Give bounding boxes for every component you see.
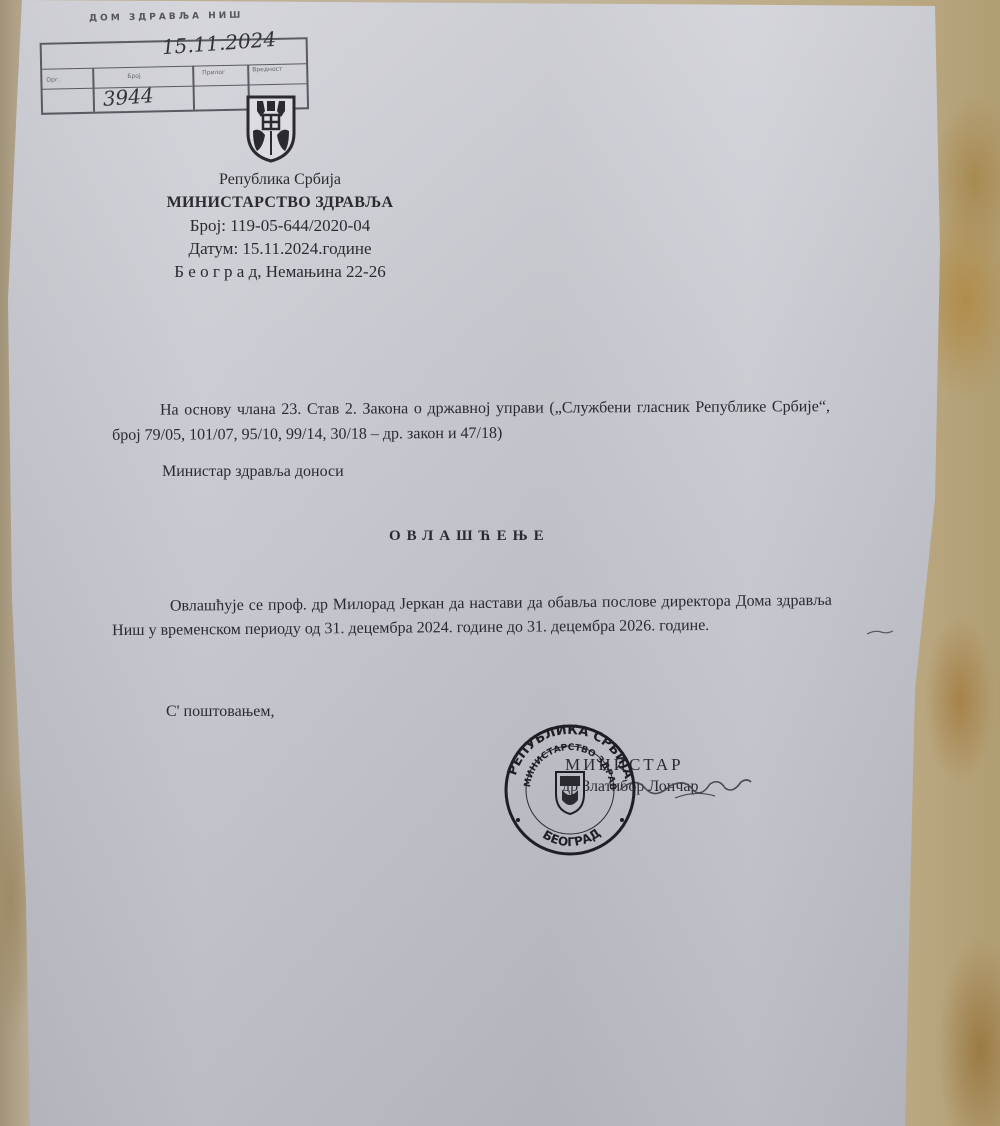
coat-of-arms-icon bbox=[245, 95, 297, 163]
official-seal-icon: РЕПУБЛИКА СРБИЈА МИНИСТАРСТВО ЗДРАВЉА БЕ… bbox=[500, 720, 640, 860]
stamp-col-label: Вредност bbox=[252, 66, 282, 74]
date-value: 15.11.2024.године bbox=[242, 239, 371, 258]
letterhead-ministry: МИНИСТАРСТВО ЗДРАВЉА bbox=[130, 191, 430, 214]
stamp-handwritten-number: 3944 bbox=[102, 83, 155, 111]
number-value: 119-05-644/2020-04 bbox=[230, 216, 370, 235]
pen-mark-icon bbox=[865, 628, 895, 636]
seal-bottom-text: БЕОГРАД bbox=[540, 826, 603, 850]
closing-salutation: С' поштовањем, bbox=[166, 703, 274, 721]
date-label: Датум: bbox=[189, 239, 239, 258]
stamp-col-label: Орг. bbox=[46, 76, 60, 83]
receiving-stamp-header: ДОМ ЗДРАВЉА НИШ bbox=[89, 11, 243, 24]
letterhead-date: Датум: 15.11.2024.године bbox=[130, 237, 430, 260]
letterhead-address: Б е о г р а д, Немањина 22-26 bbox=[130, 260, 430, 283]
letterhead: Република Србија МИНИСТАРСТВО ЗДРАВЉА Бр… bbox=[130, 168, 430, 283]
letterhead-number: Број: 119-05-644/2020-04 bbox=[130, 214, 430, 237]
stamp-col-label: Број bbox=[127, 73, 140, 80]
stamp-handwritten-date: 15.11.2024 bbox=[161, 27, 277, 59]
document-title: ОВЛАШЋЕЊЕ bbox=[389, 528, 550, 545]
legal-basis-paragraph: На основу члана 23. Став 2. Закона о држ… bbox=[112, 394, 830, 448]
letterhead-country: Република Србија bbox=[130, 168, 430, 191]
stamp-col-label: Прилог bbox=[202, 69, 225, 76]
minister-issues-line: Министар здравља доноси bbox=[162, 463, 344, 481]
number-label: Број: bbox=[190, 216, 226, 235]
authorization-paragraph: Овлашћује се проф. др Милорад Јеркан да … bbox=[112, 589, 832, 643]
street-address: Немањина 22-26 bbox=[266, 262, 386, 281]
city-name: Б е о г р а д, bbox=[174, 262, 261, 281]
svg-text:БЕОГРАД: БЕОГРАД bbox=[540, 826, 603, 850]
